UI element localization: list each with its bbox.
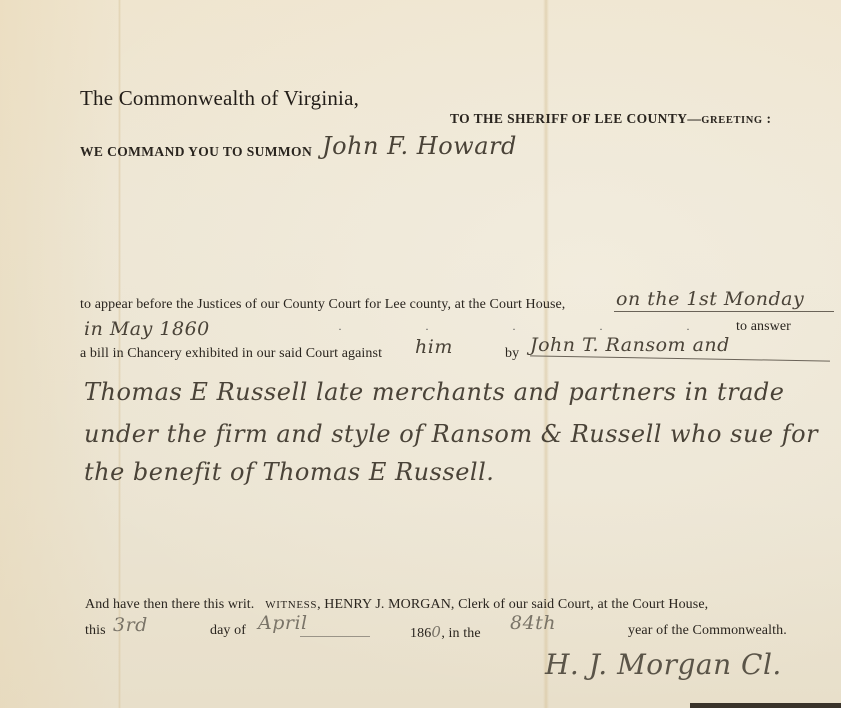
year-printed: 1860, in the [410,623,481,642]
year-of-commonwealth: year of the Commonwealth. [628,623,787,639]
document-title: The Commonwealth of Virginia, [80,86,359,111]
appear-date-handwritten-2: in May 1860 [84,318,210,340]
appear-date-handwritten-1: on the 1st Monday [616,288,804,310]
clerk-signature: H. J. Morgan Cl. [545,648,782,681]
to-answer: to answer [736,319,791,335]
greeting: Greeting [701,115,762,126]
day-handwritten: 3rd [113,614,148,636]
in-the-label: , in the [441,626,480,641]
bill-line: a bill in Chancery exhibited in our said… [80,346,382,362]
fill-line [614,311,834,312]
plaintiffs-handwritten-3: under the firm and style of Ransom & Rus… [84,420,818,448]
witness-rest: , HENRY J. MORGAN, Clerk of our said Cou… [317,597,708,612]
plaintiffs-handwritten-4: the benefit of Thomas E Russell. [84,458,494,486]
command-text: WE COMMAND YOU TO SUMMON [80,144,312,160]
against-handwritten: him [415,336,453,358]
closing-text: And have then there this writ. Witness, … [85,597,708,613]
fill-line [300,636,370,637]
closing-line: And have then there this writ. [85,597,254,612]
year-handwritten-digit: 0 [431,623,441,641]
commonwealth-year-handwritten: 84th [510,612,556,634]
defendant-name-handwritten: John F. Howard [322,132,517,160]
paper-edge [690,703,841,708]
month-handwritten: April [258,612,308,634]
addressee-main: TO THE SHERIFF OF LEE COUNTY— [450,111,701,126]
day-of-label: day of [210,623,246,639]
by-label: by [505,346,519,362]
this-label: this [85,623,106,639]
greeting-colon: : [763,111,772,126]
year-printed-prefix: 186 [410,626,431,641]
plaintiffs-handwritten-2: Thomas E Russell late merchants and part… [84,378,784,406]
witness-label: Witness [265,599,317,611]
appear-line: to appear before the Justices of our Cou… [80,297,565,313]
plaintiffs-handwritten-1: John T. Ransom and [530,334,730,356]
addressee: TO THE SHERIFF OF LEE COUNTY—Greeting : [450,111,771,127]
